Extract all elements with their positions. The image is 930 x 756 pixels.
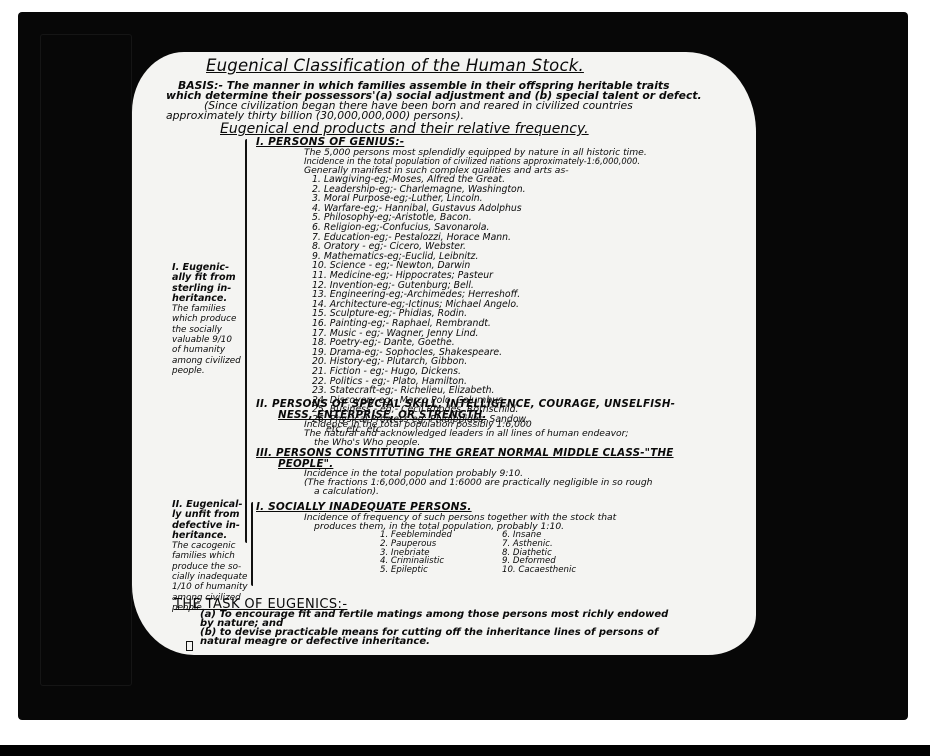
bracket-fit-group — [245, 139, 247, 543]
list-item: 6. Religion-eg;-Confucius, Savonarola. — [312, 223, 489, 232]
special-heading-1: II. PERSONS OF SPECIAL SKILL, INTELLIGEN… — [256, 399, 675, 409]
special-line: the Who's Who people. — [314, 438, 420, 447]
corner-mark — [186, 641, 193, 651]
subtitle: Eugenical end products and their relativ… — [220, 122, 589, 136]
middle-heading-1: III. PERSONS CONSTITUTING THE GREAT NORM… — [256, 448, 674, 458]
list-item: 5. Epileptic — [380, 566, 452, 575]
list-item: 16. Painting-eg;- Raphael, Rembrandt. — [312, 319, 491, 328]
group-fit-label: I. Eugenic-ally fit fromsterling in-heri… — [172, 263, 241, 376]
list-item: 1. Lawgiving-eg;-Moses, Alfred the Great… — [312, 175, 505, 184]
slide-title: Eugenical Classification of the Human St… — [206, 58, 584, 75]
inadequate-col-1: 1. Feebleminded 2. Pauperous 3. Inebriat… — [380, 531, 452, 575]
middle-line: a calculation). — [314, 487, 379, 496]
mount-left-label-strip — [40, 34, 132, 686]
inadequate-heading: I. SOCIALLY INADEQUATE PERSONS. — [256, 502, 472, 513]
list-item: 11. Medicine-eg;- Hippocrates; Pasteur — [312, 271, 493, 280]
genius-heading: I. PERSONS OF GENIUS:- — [256, 137, 404, 148]
bottom-border — [0, 745, 930, 756]
list-item: 10. Cacaesthenic — [502, 566, 576, 575]
inadequate-col-2: 6. Insane 7. Asthenic. 8. Diathetic 9. D… — [502, 531, 576, 575]
bracket-unfit-group — [251, 502, 253, 586]
list-item: 21. Fiction - eg;- Hugo, Dickens. — [312, 367, 461, 376]
task-line: natural meagre or defective inheritance. — [200, 637, 430, 647]
slide-image: Eugenical Classification of the Human St… — [132, 52, 756, 655]
